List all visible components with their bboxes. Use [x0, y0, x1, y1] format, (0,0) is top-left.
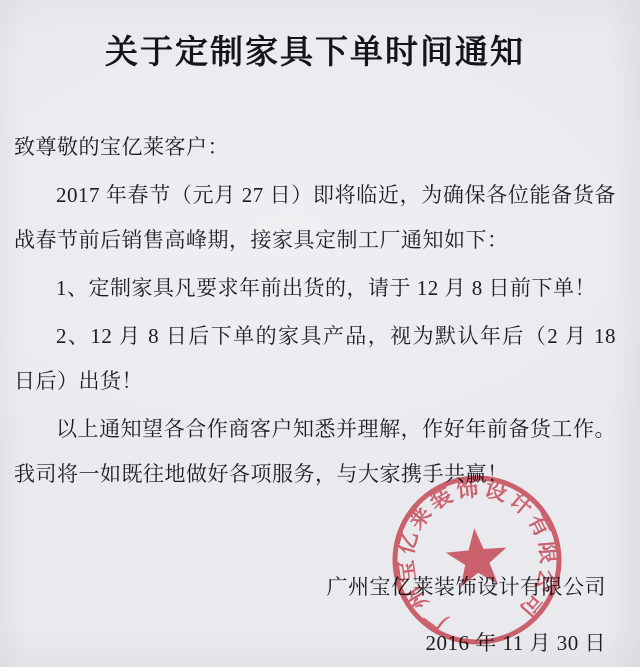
paragraph-item-2: 2、12 月 8 日后下单的家具产品，视为默认年后（2 月 18 日后）出货！	[14, 314, 616, 404]
salutation-line: 致尊敬的宝亿莱客户：	[14, 125, 616, 170]
signature-company: 广州宝亿莱装饰设计有限公司	[14, 571, 606, 601]
paragraph-closing: 以上通知望各合作商客户知悉并理解，作好年前备货工作。我司将一如既往地做好各项服务…	[14, 407, 616, 497]
notice-body: 致尊敬的宝亿莱客户： 2017 年春节（元月 27 日）即将临近，为确保各位能备…	[14, 125, 616, 497]
signature-date: 2016 年 11 月 30 日	[14, 627, 606, 657]
paragraph-intro: 2017 年春节（元月 27 日）即将临近，为确保各位能备货备战春节前后销售高峰…	[14, 173, 616, 263]
paragraph-item-1: 1、定制家具凡要求年前出货的，请于 12 月 8 日前下单！	[14, 266, 616, 311]
signature-block: 广州宝亿莱装饰设计有限公司 2016 年 11 月 30 日	[14, 571, 616, 657]
scanned-notice-page: 关于定制家具下单时间通知 致尊敬的宝亿莱客户： 2017 年春节（元月 27 日…	[0, 0, 640, 667]
document-title: 关于定制家具下单时间通知	[14, 26, 616, 73]
